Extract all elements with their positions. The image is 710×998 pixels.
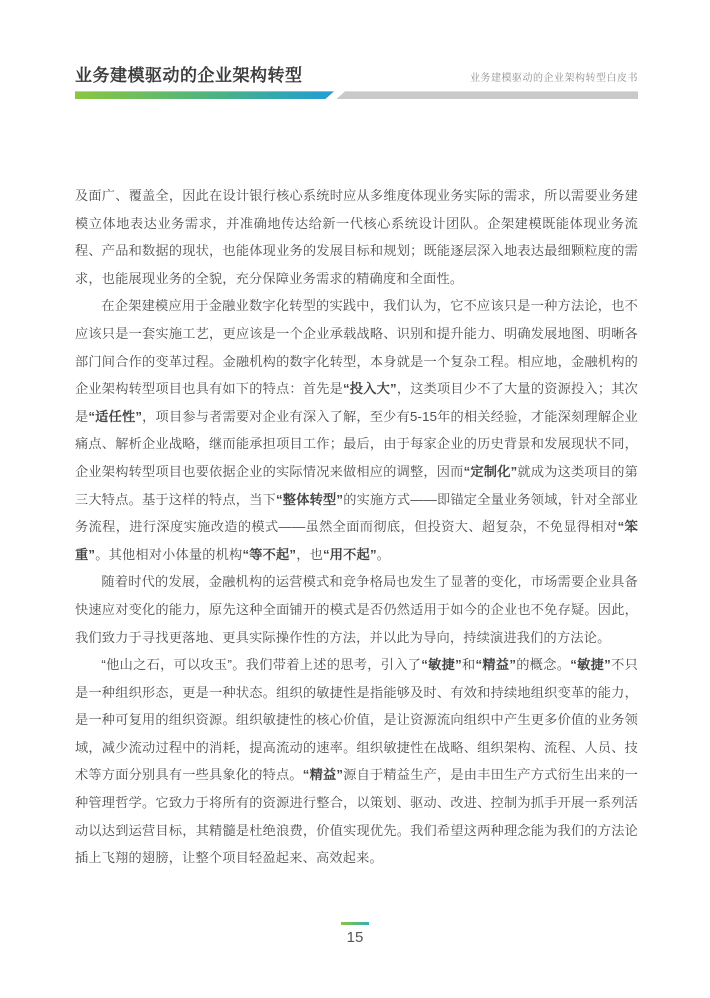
paragraph: 在企架建模应用于金融业数字化转型的实践中，我们认为，它不应该只是一种方法论，也不…: [75, 292, 638, 568]
text-run: 及面广、覆盖全，因此在设计银行核心系统时应从多维度体现业务实际的需求，所以需要业…: [75, 188, 638, 286]
body-text: 及面广、覆盖全，因此在设计银行核心系统时应从多维度体现业务实际的需求，所以需要业…: [75, 182, 638, 872]
header-row: 业务建模驱动的企业架构转型 业务建模驱动的企业架构转型白皮书: [75, 66, 638, 86]
text-run: ，也: [296, 547, 323, 562]
text-run: 。: [377, 547, 390, 562]
document-page: 业务建模驱动的企业架构转型 业务建模驱动的企业架构转型白皮书 及面广、覆盖全，因…: [0, 0, 710, 998]
text-run: 随着时代的发展，金融机构的运营模式和竞争格局也发生了显著的变化，市场需要企业具备…: [75, 574, 638, 644]
header-gray-bar: [336, 91, 638, 99]
emphasis-term: “精益”: [303, 767, 343, 782]
text-run: 。其他相对小体量的机构: [95, 547, 242, 562]
header-subtitle: 业务建模驱动的企业架构转型白皮书: [470, 72, 638, 86]
page-footer: 15: [0, 922, 710, 947]
page-number: 15: [347, 929, 364, 947]
emphasis-term: “精益”: [476, 657, 517, 672]
text-run: “他山之石，可以攻玉”。我们带着上述的思考，引入了: [101, 657, 421, 672]
emphasis-term: “敏捷”: [570, 657, 611, 672]
emphasis-term: “整体转型”: [276, 492, 343, 507]
emphasis-term: “投入大”: [343, 381, 397, 396]
emphasis-term: “用不起”: [323, 547, 377, 562]
paragraph: 随着时代的发展，金融机构的运营模式和竞争格局也发生了显著的变化，市场需要企业具备…: [75, 568, 638, 651]
emphasis-term: “敏捷”: [421, 657, 462, 672]
footer-accent-line: [341, 922, 369, 925]
paragraph: “他山之石，可以攻玉”。我们带着上述的思考，引入了“敏捷”和“精益”的概念。“敏…: [75, 651, 638, 872]
page-header: 业务建模驱动的企业架构转型 业务建模驱动的企业架构转型白皮书: [75, 66, 638, 99]
emphasis-term: “等不起”: [242, 547, 296, 562]
page-title: 业务建模驱动的企业架构转型: [75, 66, 303, 86]
emphasis-term: “适任性”: [88, 409, 142, 424]
text-run: 和: [462, 657, 476, 672]
emphasis-term: “定制化”: [464, 464, 518, 479]
paragraph: 及面广、覆盖全，因此在设计银行核心系统时应从多维度体现业务实际的需求，所以需要业…: [75, 182, 638, 292]
header-rule: [75, 91, 638, 99]
text-run: 的概念。: [516, 657, 570, 672]
header-accent-bar: [75, 91, 334, 99]
text-run: 不只是一种组织形态，更是一种状态。组织的敏捷性是指能够及时、有效和持续地组织变革…: [75, 657, 638, 782]
